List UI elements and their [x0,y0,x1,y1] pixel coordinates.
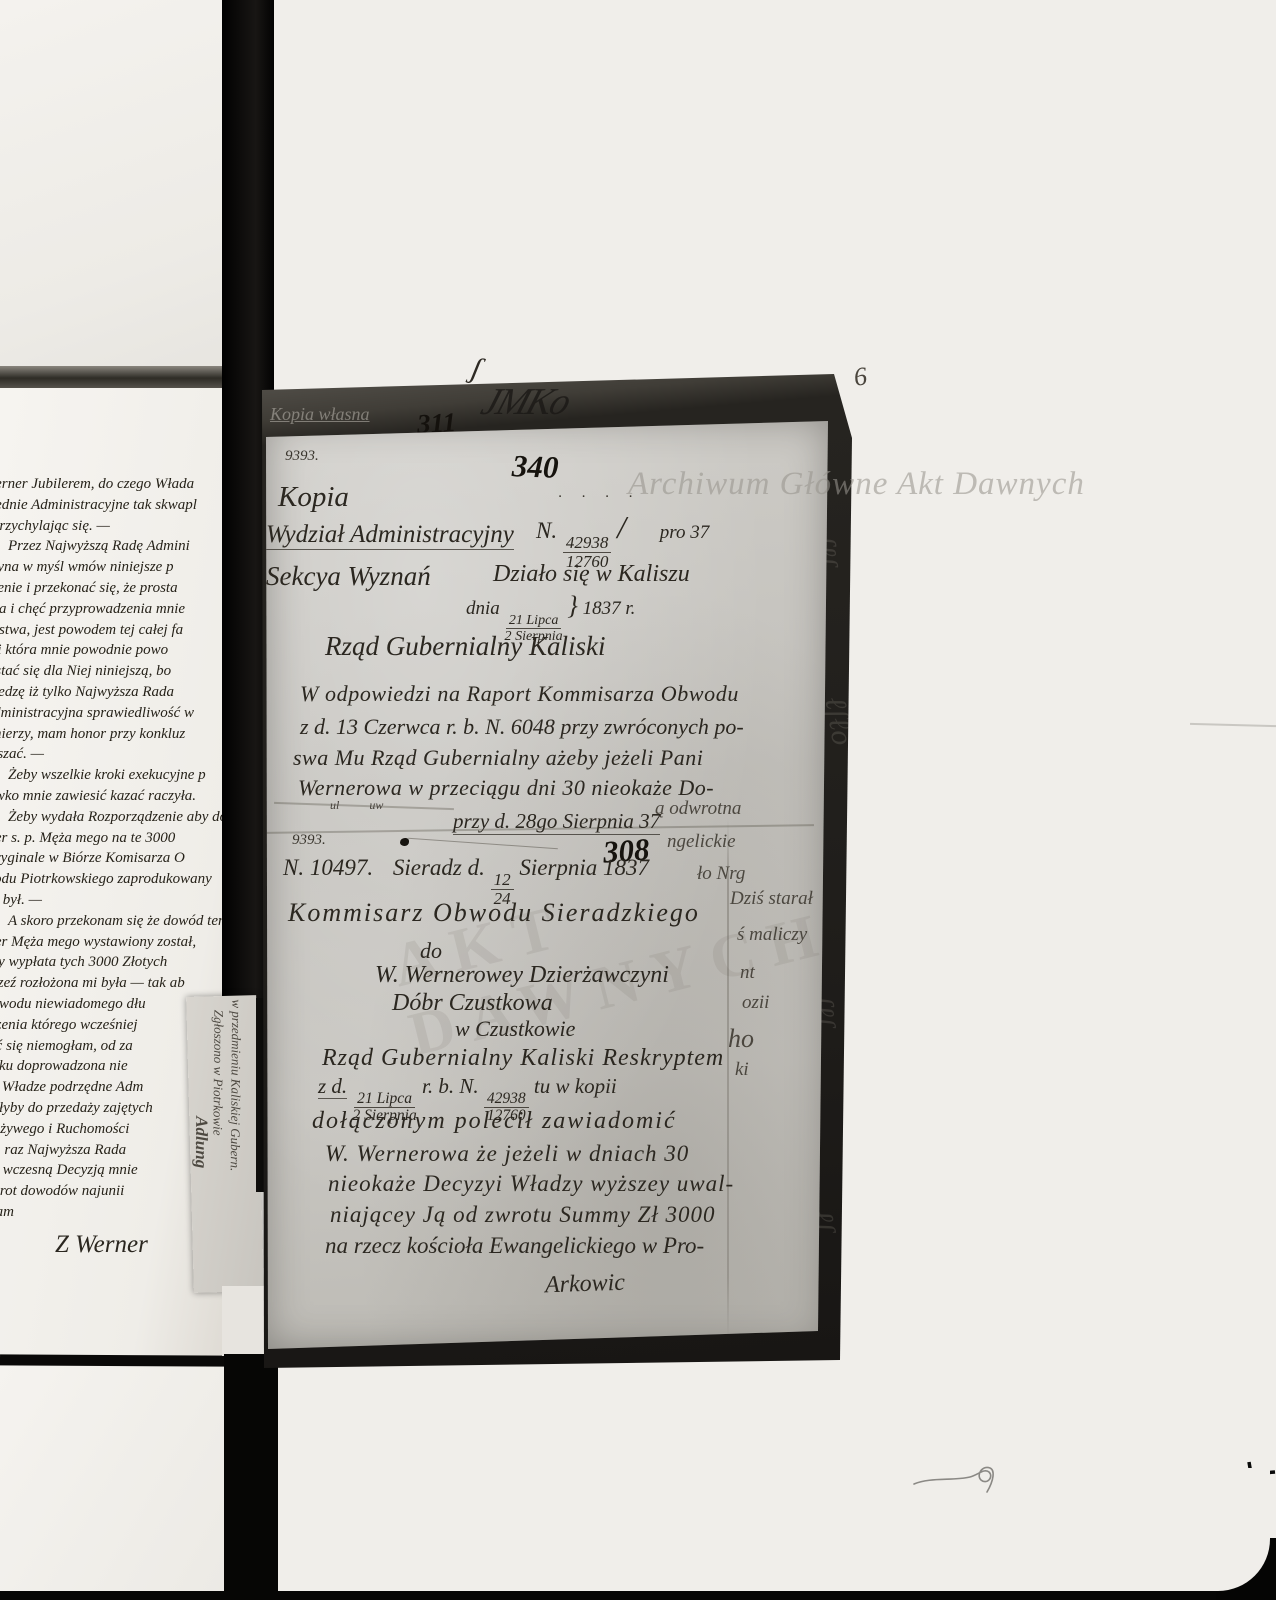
ink-blot [400,838,409,846]
archive-watermark: Archiwum Główne Akt Dawnych [628,466,1085,503]
addressee-line: Rząd Gubernialny Kaliski [325,631,605,662]
ref-mid: r. b. N. [422,1074,479,1098]
place-date: Sieradz d. [393,855,485,880]
addressee-line: Dóbr Czustkowa [392,990,553,1017]
manuscript-line: ana i chęć przyprowadzenia mnie [0,599,240,620]
manuscript-line: i przychylając się. — [0,516,240,537]
manuscript-line: bóstwa, jest powodem tej całej fa [0,620,240,641]
ref-prefix: z d. [318,1074,347,1099]
manuscript-line: u stać się dla Niej niniejszą, bo [0,661,240,682]
binding-gutter [224,1354,278,1600]
manuscript-line: wiedzę iż tylko Najwyższa Rada [0,682,240,703]
letter-number: N. 10497. [283,855,373,880]
slip-line: w przedmieniu Kaliskiej Gubern. [226,999,244,1279]
werner-signature: Z Werner [55,1231,148,1259]
pen-hairline [408,838,558,849]
manuscript-line: dzenie i przekonać się, że prosta [0,578,240,599]
manuscript-line: ymierzy, mam honor przy konkluz [0,724,240,745]
margin-fragment: ś maliczy [737,924,807,946]
register-number: 9393. [292,832,326,849]
manuscript-line: cyyna w myśl wmów niniejsze p [0,557,240,578]
stray-pen-mark: 6 [852,361,869,393]
page-separator-line [0,1354,229,1366]
manuscript-line: raszać. — [0,744,240,765]
sender-line: Kommisarz Obwodu Sieradzkiego [288,898,700,928]
scratch-hairline [1190,723,1276,727]
letter-line: swa Mu Rząd Gubernialny ażeby jeżeli Pan… [293,745,703,771]
manuscript-line: mer s. p. Męża mego na te 3000 [0,828,240,849]
manuscript-line: Przez Najwyższą Radę Admini [0,536,240,557]
margin-fragment: ki [735,1059,749,1081]
page-rounded-corner [1146,1468,1270,1591]
manuscript-line: A skoro przekonam się że dowód ten [0,911,240,932]
left-bottom-blank-page [0,1366,226,1596]
interline-marks: ul uw [330,798,383,813]
scanned-letter-page: AKT DAWNYCH 9393. 340 Kopia Wydział Admi… [266,419,828,1349]
letter-line: z d. 13 Czerwca r. b. N. 6048 przy zwróc… [300,714,744,740]
letter-line: W. Wernerowa że jeżeli w dniach 30 [325,1141,689,1167]
pen-squiggle-mark [912,1460,1022,1504]
letter-line: nieokaże Decyzyi Władzy wyższey uwal- [328,1171,734,1197]
manuscript-line: wodu Piotrkowskiego zaprodukowany [0,869,240,890]
attached-note-slip: w przedmieniu Kaliskiej Gubern. Zgłoszon… [186,995,264,1293]
manuscript-line: Żeby wydała Rozporządzenie aby dow [0,807,240,828]
margin-fragment: ą odwrotna [655,798,741,820]
manuscript-line: Żeby wszelkie kroki exekucyjne p [0,765,240,786]
left-page-edge-shadow [0,366,224,388]
manuscript-line: mi był. — [0,890,240,911]
manuscript-line: cyi która mnie powodnie powo [0,640,240,661]
margin-fragment: ngelickie [667,831,736,853]
margin-fragment: ozii [742,992,769,1014]
page-number-340: 340 [511,448,559,486]
top-strip-scribble: Kopia własna [270,404,370,425]
archival-scan: Werner Jubilerem, do czego Włada średnie… [0,0,1276,1600]
sender-signature: Arkowic [545,1270,626,1300]
margin-fragment: ho [728,1024,754,1054]
addressee-line: w Czustkowie [455,1016,575,1042]
brace-mark: } [567,591,577,620]
manuscript-line: średnie Administracyjne tak skwapl [0,495,240,516]
date-year: 1837 r. [583,598,636,619]
photo-bottom-edge [0,1591,1276,1600]
department-line: Wydział Administracyjny [266,521,514,550]
date-prefix: dnia [466,598,500,619]
section-line: Sekcya Wyznań [266,561,431,592]
register-number: 9393. [285,448,319,465]
manuscript-line: Administracyjna sprawiedliwość w [0,703,240,724]
pro-annotation: pro 37 [660,522,709,543]
manuscript-line: ciwko mnie zawiesić kazać raczyła. [0,786,240,807]
date-rest: Sierpnia 1837 [519,855,649,880]
ink-flourish: JMKo [476,380,575,424]
manuscript-line: Oryginale w Biórze Komisarza O [0,848,240,869]
letter-line: niającey Ją od zwrotu Summy Zł 3000 [330,1202,716,1228]
kopia-heading: Kopia [278,481,349,514]
number-label: N. [536,518,557,543]
stray-pen-curl: ʃ [469,351,484,386]
letter-line: Rząd Gubernialny Kaliski Reskryptem [322,1045,724,1072]
margin-fragment: ło Nrg [697,863,745,885]
manuscript-line: eby wypłata tych 3000 Złotych [0,952,240,973]
margin-fragment: nt [740,962,755,984]
left-top-blank-page [0,0,222,372]
margin-fragment: Dziś starał [730,888,813,910]
letter-line: dołączonym polecił zawiadomić [312,1108,677,1135]
received-note: przy d. 28go Sierpnia 37 [453,809,660,835]
manuscript-line: mer Męża mego wystawiony został, [0,932,240,953]
ref-suffix: tu w kopii [534,1074,617,1098]
to-line: do [420,938,442,964]
manuscript-line: Werner Jubilerem, do czego Włada [0,474,240,495]
addressee-line: W. Wernerowey Dzierżawczyni [375,962,669,989]
letter-line: W odpowiedzi na Raport Kommisarza Obwodu [300,681,739,707]
manuscript-line: t rzeź rozłożona mi była — tak ab [0,973,240,994]
slash-mark: / [617,509,626,545]
place-line: Działo się w Kaliszu [493,561,690,588]
letter-line: na rzecz kościoła Ewangelickiego w Pro- [325,1233,704,1259]
fold-crease-vertical [727,819,729,1339]
